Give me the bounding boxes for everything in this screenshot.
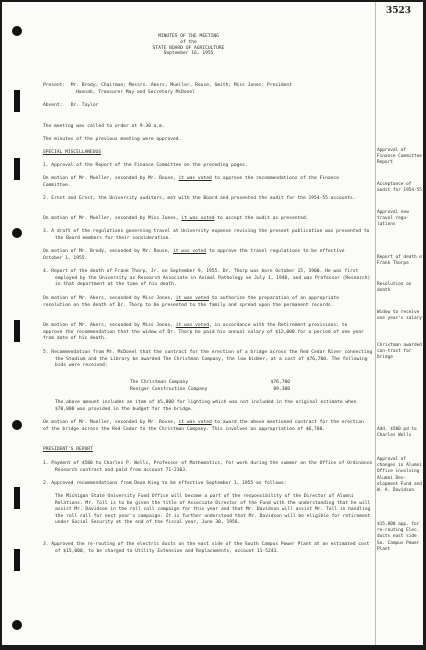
minutes-approved: The minutes of the previous meeting were… xyxy=(43,137,365,144)
motion-text: On motion of Mr. Mueller, seconded by Mi… xyxy=(43,216,365,223)
punch-hole-icon xyxy=(12,620,22,630)
margin-note: Approval of Finance Committee Report xyxy=(377,148,423,167)
agenda-item: 1. Approval of the Report of the Finance… xyxy=(43,163,377,170)
agenda-item: 3. Approved the re-routing of the electr… xyxy=(43,542,377,555)
motion-text: On motion of Mr. Akers, seconded by Miss… xyxy=(43,323,365,343)
binder-slot-icon xyxy=(14,90,20,112)
margin-note: $15,000 app. for re-routing Elec. ducts … xyxy=(377,522,423,553)
margin-note: Report of death of Frank Thorpe xyxy=(377,255,423,267)
margin-note: Resolution on death xyxy=(377,282,423,294)
binder-slot-icon xyxy=(14,158,20,180)
margin-note: Acceptance of audit for 1954-55 xyxy=(377,182,423,194)
absent-label: Absent: xyxy=(43,103,62,108)
absent-text: Dr. Taylor xyxy=(71,103,99,108)
document-page: 3523 MINUTES OF THE MEETING of the STATE… xyxy=(2,2,423,645)
page-number: 3523 xyxy=(386,8,411,15)
bid-note: The above amount includes an item of $5,… xyxy=(43,400,377,413)
agenda-item: 2. Ernst and Ernst, the University audit… xyxy=(43,196,377,203)
margin-note: Approval of changes in Alumni Office inv… xyxy=(377,457,423,494)
heading-text: PRESIDENT'S REPORT xyxy=(43,447,93,452)
binder-slot-icon xyxy=(14,487,20,509)
section-heading-special: SPECIAL MISCELLANEOUS xyxy=(43,150,365,157)
margin-note: Christman awarded con-tract for bridge xyxy=(377,343,423,362)
motion-text: On motion of Mr. Mueller, seconded by Mr… xyxy=(43,420,365,433)
present-label: Present: xyxy=(43,83,65,88)
agenda-item: 4. Report of the death of Frank Thorp, J… xyxy=(43,269,377,289)
margin-note: Widow to receive one year's salary xyxy=(377,310,423,322)
agenda-item-body: The Michigan State University Fund Offic… xyxy=(43,494,377,527)
bids-table: The Christman Company$76,700 Reniger Con… xyxy=(130,380,290,393)
absent-list: Absent: Dr. Taylor xyxy=(43,103,365,110)
motion-text: On motion of Mr. Brody, seconded by Mr. … xyxy=(43,249,365,262)
heading-text: SPECIAL MISCELLANEOUS xyxy=(43,150,101,155)
margin-note: Approval new travel regu-lations xyxy=(377,210,423,229)
bid-row: Reniger Construction Company89,300 xyxy=(130,387,290,394)
bid-row: The Christman Company$76,700 xyxy=(130,380,290,387)
present-list: Present: Mr. Brody; Chairman; Messrs. Ak… xyxy=(43,83,365,96)
agenda-item: 2. Approved recommendations from Dean Ki… xyxy=(43,481,377,488)
punch-hole-icon xyxy=(12,228,22,238)
agenda-item: 1. Payment of $580 to Charles P. Wells, … xyxy=(43,461,377,474)
motion-text: On motion of Mr. Mueller, seconded by Mr… xyxy=(43,176,365,189)
call-to-order: The meeting was called to order at 9:30 … xyxy=(43,124,365,131)
section-heading-president: PRESIDENT'S REPORT xyxy=(43,447,365,454)
motion-text: On motion of Mr. Akers, seconded by Miss… xyxy=(43,296,365,309)
agenda-item: 5. Recommendation from Mr. McDonel that … xyxy=(43,350,377,370)
present-text: Hannah, Treasurer May and Secretary McDo… xyxy=(43,90,365,97)
document-title: MINUTES OF THE MEETING of the STATE BOAR… xyxy=(2,34,375,57)
agenda-item: 3. A draft of the regulations governing … xyxy=(43,229,377,242)
present-text: Mr. Brody; Chairman; Messrs. Akers, Muel… xyxy=(71,83,292,88)
margin-note: Add. $580 pd to Charles Wells xyxy=(377,427,423,439)
punch-hole-icon xyxy=(12,420,22,430)
meeting-date: September 16, 1955 xyxy=(2,51,375,57)
binder-slot-icon xyxy=(14,320,20,342)
binder-slot-icon xyxy=(14,549,20,571)
